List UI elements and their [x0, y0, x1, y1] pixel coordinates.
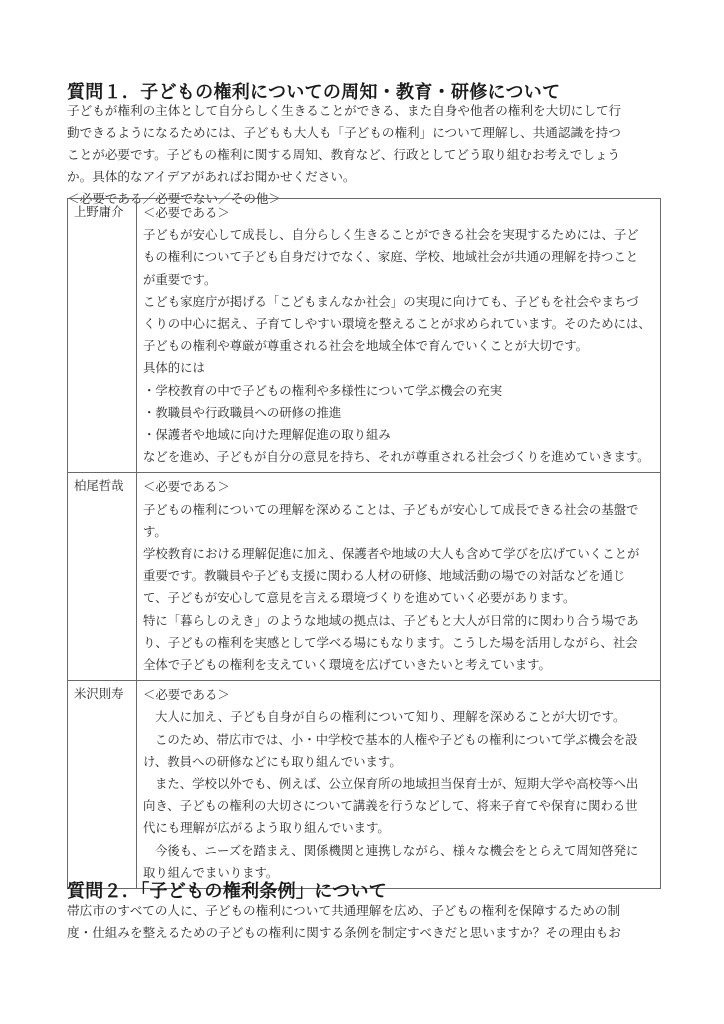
answer-body: ＜必要である＞ 子どもが安心して成長し、自分らしく生きることができる社会を実現す…	[137, 199, 661, 473]
document-page: 質問１．子どもの権利についての周知・教育・研修について 子どもが権利の主体として…	[0, 0, 724, 1024]
answer-line: 重要です。教職員や子ども支援に関わる人材の研修、地域活動の場での対話などを通じ	[143, 565, 654, 587]
answer-line: す。	[143, 521, 654, 543]
candidate-name: 米沢則寿	[68, 681, 137, 889]
answer-line: 特に「暮らしのえき」のような地域の拠点は、子どもと大人が日常的に関わり合う場であ	[143, 610, 654, 632]
candidate-name: 上野庸介	[68, 199, 137, 473]
answer-line: 全体で子どもの権利を支えていく環境を広げていきたいと考えています。	[143, 654, 654, 676]
answer-line: 子どもの権利や尊厳が尊重される社会を地域全体で育んでいくことが大切です。	[143, 335, 654, 357]
answer-line: が重要です。	[143, 269, 654, 291]
answer-line: 子どもが安心して成長し、自分らしく生きることができる社会を実現するためには、子ど	[143, 224, 654, 246]
answer-line: くりの中心に据え、子育てしやすい環境を整えることが求められています。そのためには…	[143, 313, 654, 335]
answer-body: ＜必要である＞ 子どもの権利についての理解を深めることは、子どもが安心して成長で…	[137, 473, 661, 681]
answer-line: こども家庭庁が掲げる「こどもまんなか社会」の実現に向けても、子どもを社会やまちづ	[143, 291, 654, 313]
answer-line: り、子どもの権利を実感として学べる場にもなります。こうした場を活用しながら、社会	[143, 632, 654, 654]
question1-body-line: 子どもが権利の主体として自分らしく生きることができる、また自身や他者の権利を大切…	[67, 100, 667, 122]
answer-line: け、教員への研修などにも取り組んでいます。	[143, 751, 654, 773]
answer-line: ＜必要である＞	[143, 684, 654, 706]
question2-body-line: 帯広市のすべての人に、子どもの権利について共通理解を広め、子どもの権利を保障する…	[67, 900, 667, 922]
answer-row: 米沢則寿 ＜必要である＞ 大人に加え、子ども自身が自らの権利について知り、理解を…	[68, 681, 661, 889]
question2-body: 帯広市のすべての人に、子どもの権利について共通理解を広め、子どもの権利を保障する…	[67, 900, 667, 944]
answer-bullet: ・学校教育の中で子どもの権利や多様性について学ぶ機会の充実	[143, 380, 654, 402]
answer-line: 大人に加え、子ども自身が自らの権利について知り、理解を深めることが大切です。	[143, 706, 654, 728]
answer-line: て、子どもが安心して意見を言える環境づくりを進めていく必要があります。	[143, 587, 654, 609]
answer-line: ＜必要である＞	[143, 476, 654, 498]
answer-row: 柏尾哲哉 ＜必要である＞ 子どもの権利についての理解を深めることは、子どもが安心…	[68, 473, 661, 681]
answer-line: 具体的には	[143, 357, 654, 379]
answer-line: 今後も、ニーズを踏まえ、関係機関と連携しながら、様々な機会をとらえて周知啓発に	[143, 840, 654, 862]
question1-body-line: 動できるようになるためには、子どもも大人も「子どもの権利」について理解し、共通認…	[67, 122, 667, 144]
answer-bullet: ・教職員や行政職員への研修の推進	[143, 402, 654, 424]
answer-body: ＜必要である＞ 大人に加え、子ども自身が自らの権利について知り、理解を深めること…	[137, 681, 661, 889]
answer-line: 代にも理解が広がるよう取り組んでいます。	[143, 817, 654, 839]
answers-table: 上野庸介 ＜必要である＞ 子どもが安心して成長し、自分らしく生きることができる社…	[67, 198, 661, 889]
answer-line: もの権利について子ども自身だけでなく、家庭、学校、地域社会が共通の理解を持つこと	[143, 246, 654, 268]
question1-body: 子どもが権利の主体として自分らしく生きることができる、また自身や他者の権利を大切…	[67, 100, 667, 210]
answer-line: ＜必要である＞	[143, 202, 654, 224]
answer-line: 子どもの権利についての理解を深めることは、子どもが安心して成長できる社会の基盤で	[143, 499, 654, 521]
answer-row: 上野庸介 ＜必要である＞ 子どもが安心して成長し、自分らしく生きることができる社…	[68, 199, 661, 473]
candidate-name: 柏尾哲哉	[68, 473, 137, 681]
question2-body-line: 度・仕組みを整えるための子どもの権利に関する条例を制定すべきだと思いますか？その…	[67, 922, 667, 944]
question1-body-line: ことが必要です。子どもの権利に関する周知、教育など、行政としてどう取り組むお考え…	[67, 144, 667, 166]
question1-body-line: か。具体的なアイデアがあればお聞かせください。	[67, 166, 667, 188]
answer-bullet: ・保護者や地域に向けた理解促進の取り組み	[143, 424, 654, 446]
answer-line: などを進め、子どもが自分の意見を持ち、それが尊重される社会づくりを進めていきます…	[143, 446, 654, 468]
answer-line: 向き、子どもの権利の大切さについて講義を行うなどして、将来子育てや保育に関わる世	[143, 795, 654, 817]
answer-line: また、学校以外でも、例えば、公立保育所の地域担当保育士が、短期大学や高校等へ出	[143, 773, 654, 795]
answer-line: このため、帯広市では、小・中学校で基本的人権や子どもの権利について学ぶ機会を設	[143, 729, 654, 751]
answer-line: 学校教育における理解促進に加え、保護者や地域の大人も含めて学びを広げていくことが	[143, 543, 654, 565]
